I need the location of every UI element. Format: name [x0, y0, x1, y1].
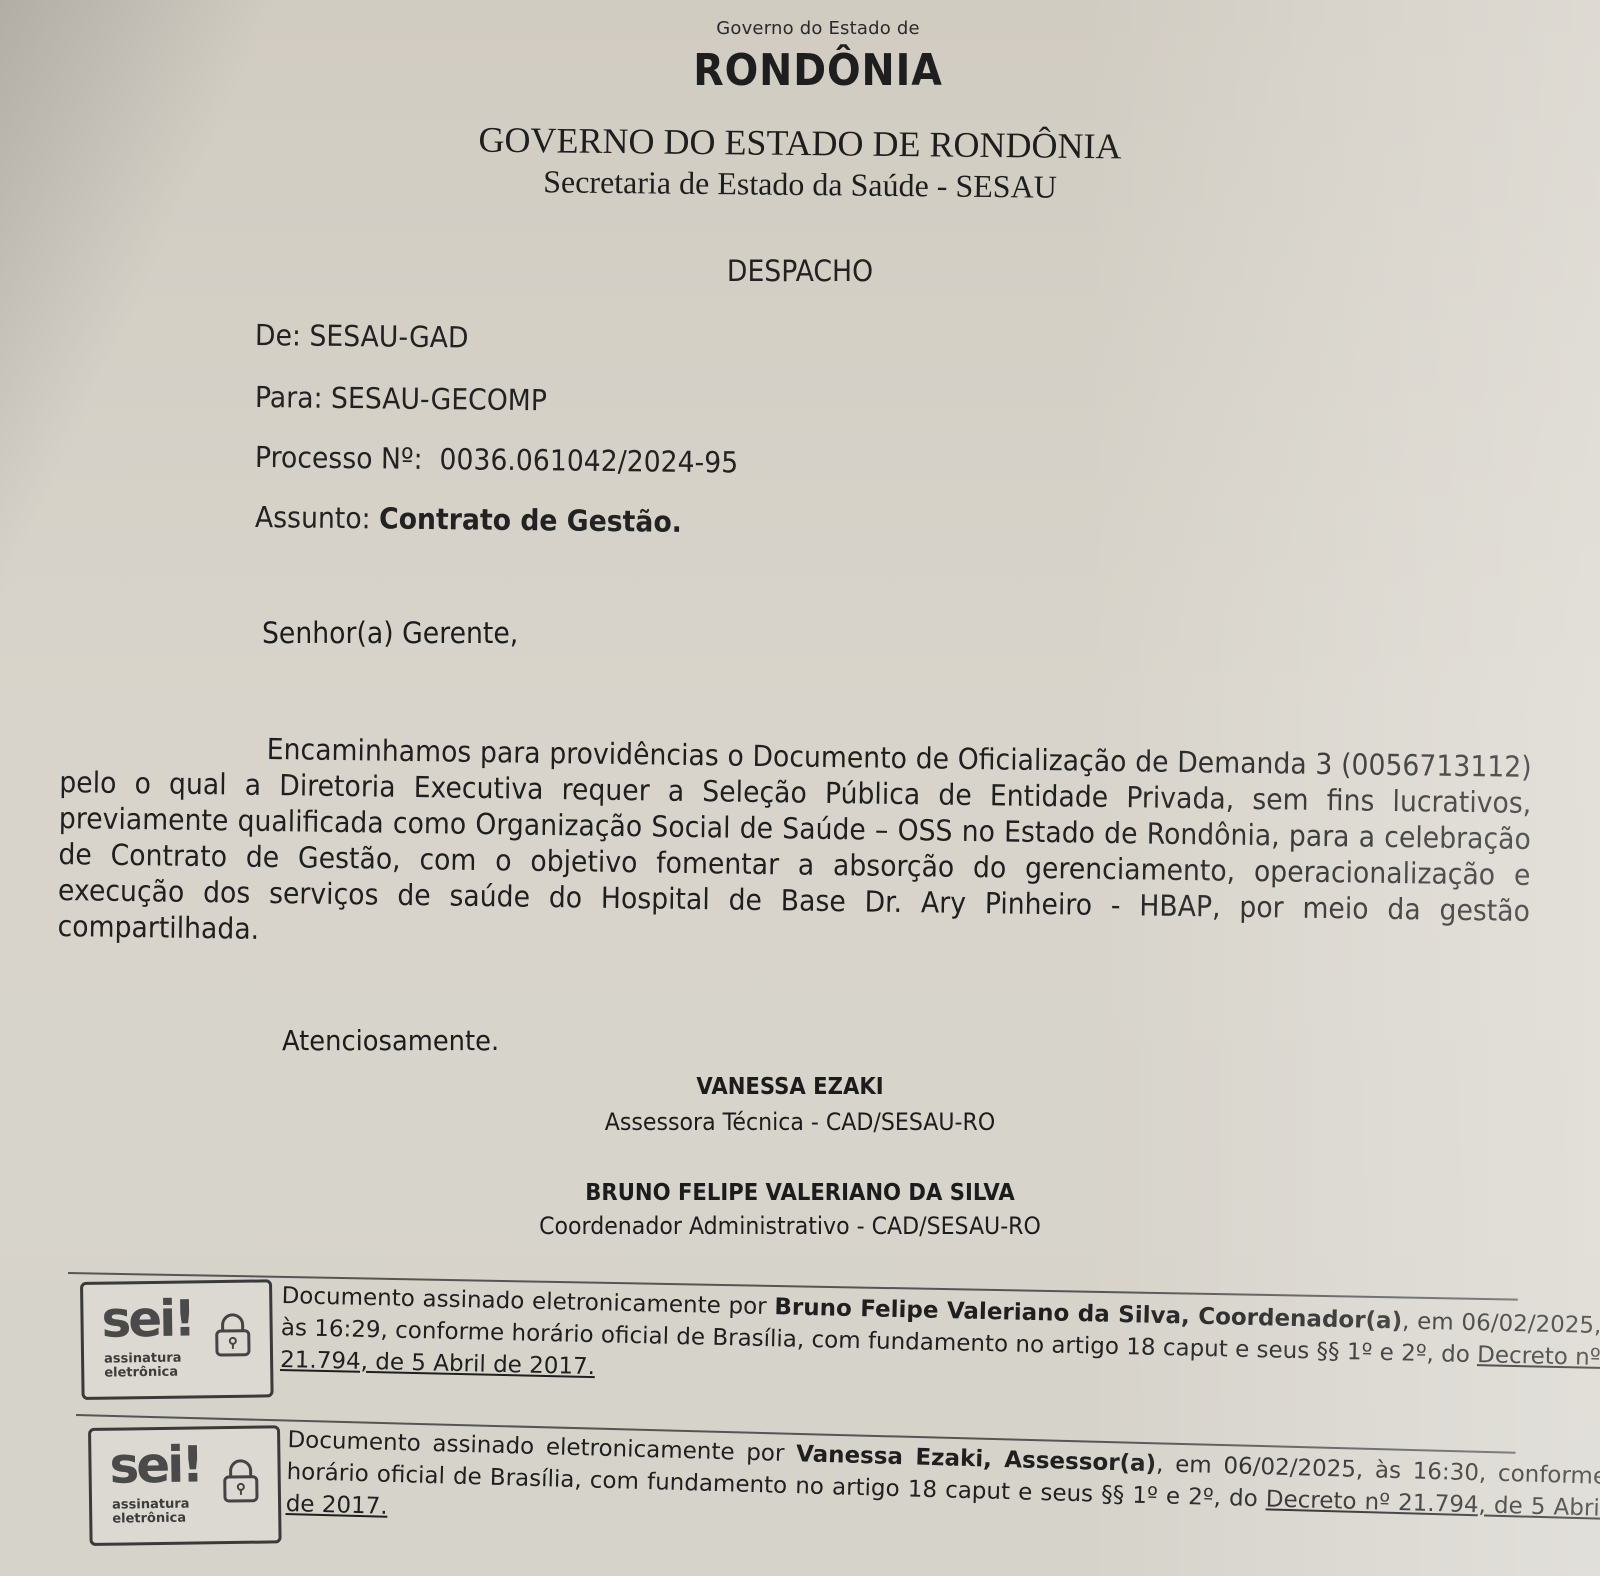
electronic-signature-text-1: Documento assinado eletronicamente por B…	[280, 1280, 1600, 1406]
sei-logo: sei!	[109, 1435, 201, 1494]
document-page: Governo do Estado de RONDÔNIA GOVERNO DO…	[0, 0, 1600, 1576]
secretariat-heading: Secretaria de Estado da Saúde - SESAU	[0, 158, 1600, 212]
sei-stamp: sei! assinatura eletrônica	[80, 1279, 274, 1400]
body-paragraph: Encaminhamos para providências o Documen…	[57, 728, 1531, 965]
to-field: Para: SESAU-GECOMP	[255, 380, 547, 417]
to-label: Para:	[255, 380, 323, 415]
greeting: Senhor(a) Gerente,	[262, 616, 518, 650]
sei-caption: assinatura eletrônica	[112, 1498, 190, 1527]
to-value: SESAU-GECOMP	[331, 381, 547, 417]
from-label: De:	[255, 318, 301, 353]
document-type-title: DESPACHO	[64, 254, 1536, 288]
subject-label: Assunto:	[255, 500, 371, 535]
signatory-name-2: BRUNO FELIPE VALERIANO DA SILVA	[64, 1180, 1536, 1206]
state-logo-wordmark: RONDÔNIA	[82, 45, 1554, 96]
body-text: Encaminhamos para providências o Documen…	[57, 732, 1531, 946]
subject-value: Contrato de Gestão.	[379, 501, 682, 538]
process-number: 0036.061042/2024-95	[439, 442, 738, 479]
process-label: Processo Nº:	[255, 440, 423, 476]
sei-stamp: sei! assinatura eletrônica	[88, 1425, 282, 1546]
signatory-role-1: Assessora Técnica - CAD/SESAU-RO	[64, 1108, 1536, 1136]
process-field: Processo Nº: 0036.061042/2024-95	[255, 440, 739, 479]
from-field: De: SESAU-GAD	[255, 318, 469, 354]
electronic-signature-text-2: Documento assinado eletronicamente por V…	[285, 1424, 1600, 1557]
signatory-name-1: VANESSA EZAKI	[54, 1074, 1526, 1100]
closing: Atenciosamente.	[282, 1024, 499, 1057]
lock-icon	[213, 1313, 252, 1358]
from-value: SESAU-GAD	[309, 319, 468, 355]
state-logo-caption: Governo do Estado de	[0, 18, 1600, 39]
sei-caption: assinatura eletrônica	[104, 1352, 182, 1381]
signer-name: Vanessa Ezaki, Assessor(a)	[796, 1441, 1157, 1477]
signatory-role-2: Coordenador Administrativo - CAD/SESAU-R…	[54, 1212, 1526, 1240]
subject-field: Assunto: Contrato de Gestão.	[255, 500, 682, 539]
sei-logo: sei!	[101, 1289, 193, 1348]
lock-icon	[221, 1459, 260, 1504]
